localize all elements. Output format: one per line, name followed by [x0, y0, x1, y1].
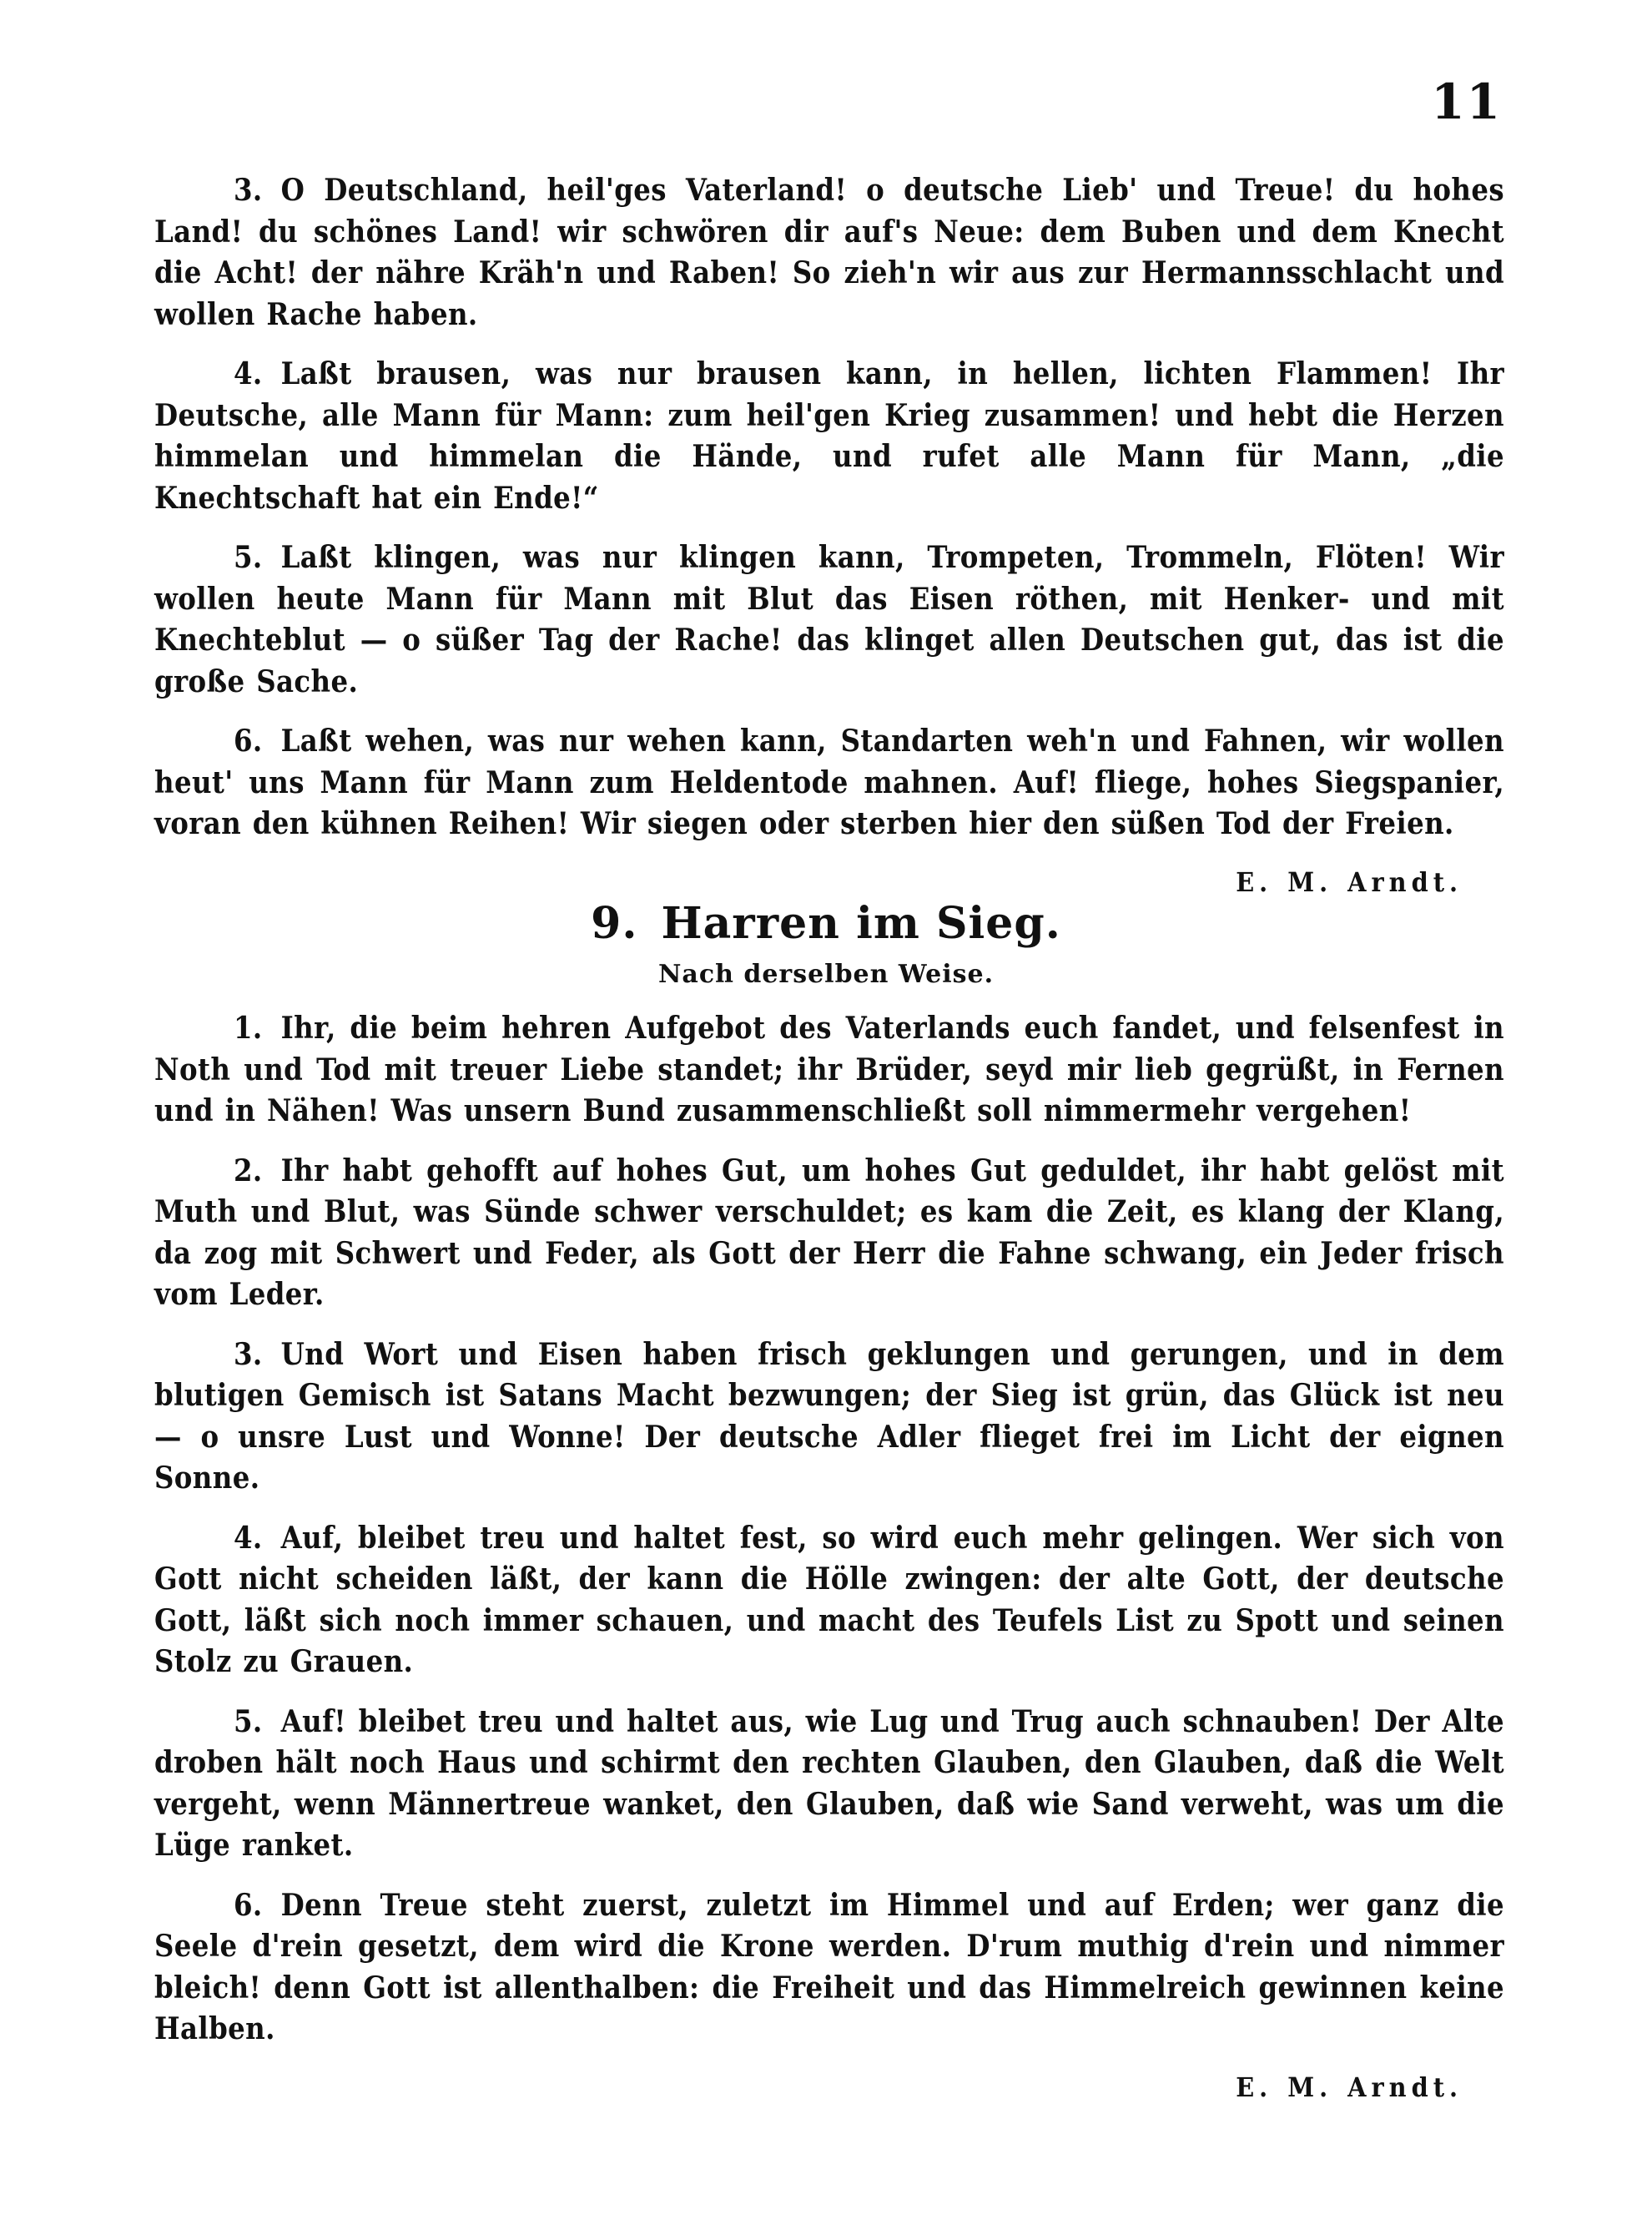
stanza-text: Ihr habt gehofft auf hohes Gut, um hohes…	[154, 1153, 1504, 1313]
page-number: 11	[1431, 73, 1502, 130]
stanza-text: Laßt brausen, was nur brausen kann, in h…	[154, 356, 1504, 516]
stanza-number: 3.	[234, 173, 263, 208]
stanza-text: Und Wort und Eisen haben frisch geklunge…	[154, 1337, 1504, 1496]
stanza-3: 3.Und Wort und Eisen haben frisch geklun…	[154, 1334, 1504, 1500]
stanza-text: Laßt wehen, was nur wehen kann, Standart…	[154, 724, 1504, 841]
stanza-number: 4.	[234, 1521, 263, 1556]
stanza-1: 1.Ihr, die beim hehren Aufgebot des Vate…	[154, 1008, 1504, 1133]
stanza-6: 6.Denn Treue steht zuerst, zuletzt im Hi…	[154, 1885, 1504, 2051]
stanza-number: 6.	[234, 724, 263, 759]
stanza-4: 4.Auf, bleibet treu und haltet fest, so …	[154, 1518, 1504, 1683]
song-8-continuation: 3.O Deutschland, heil'ges Vaterland! o d…	[154, 170, 1504, 903]
stanza-5: 5.Auf! bleibet treu und haltet aus, wie …	[154, 1702, 1504, 1867]
author-attribution: E. M. Arndt.	[154, 2067, 1504, 2109]
stanza-text: Ihr, die beim hehren Aufgebot des Vaterl…	[154, 1011, 1504, 1128]
stanza-3: 3.O Deutschland, heil'ges Vaterland! o d…	[154, 170, 1504, 336]
song-title: 9.Harren im Sieg.	[0, 898, 1652, 949]
author-attribution: E. M. Arndt.	[154, 862, 1504, 904]
stanza-4: 4.Laßt brausen, was nur brausen kann, in…	[154, 354, 1504, 519]
stanza-5: 5.Laßt klingen, was nur klingen kann, Tr…	[154, 537, 1504, 703]
stanza-2: 2.Ihr habt gehofft auf hohes Gut, um hoh…	[154, 1151, 1504, 1316]
stanza-text: O Deutschland, heil'ges Vaterland! o deu…	[154, 173, 1504, 332]
stanza-number: 6.	[234, 1888, 263, 1923]
song-subtitle: Nach derselben Weise.	[0, 960, 1652, 989]
stanza-number: 4.	[234, 356, 263, 391]
song-number: 9.	[591, 898, 637, 949]
stanza-text: Denn Treue steht zuerst, zuletzt im Himm…	[154, 1888, 1504, 2047]
stanza-number: 3.	[234, 1337, 263, 1372]
stanza-number: 5.	[234, 1704, 263, 1739]
stanza-number: 1.	[234, 1011, 263, 1046]
stanza-text: Auf, bleibet treu und haltet fest, so wi…	[154, 1521, 1504, 1680]
stanza-number: 2.	[234, 1153, 263, 1188]
song-title-text: Harren im Sieg.	[661, 898, 1060, 949]
song-9-body: 1.Ihr, die beim hehren Aufgebot des Vate…	[154, 1008, 1504, 2108]
stanza-text: Auf! bleibet treu und haltet aus, wie Lu…	[154, 1704, 1504, 1864]
stanza-6: 6.Laßt wehen, was nur wehen kann, Standa…	[154, 721, 1504, 845]
stanza-text: Laßt klingen, was nur klingen kann, Trom…	[154, 540, 1504, 699]
stanza-number: 5.	[234, 540, 263, 575]
